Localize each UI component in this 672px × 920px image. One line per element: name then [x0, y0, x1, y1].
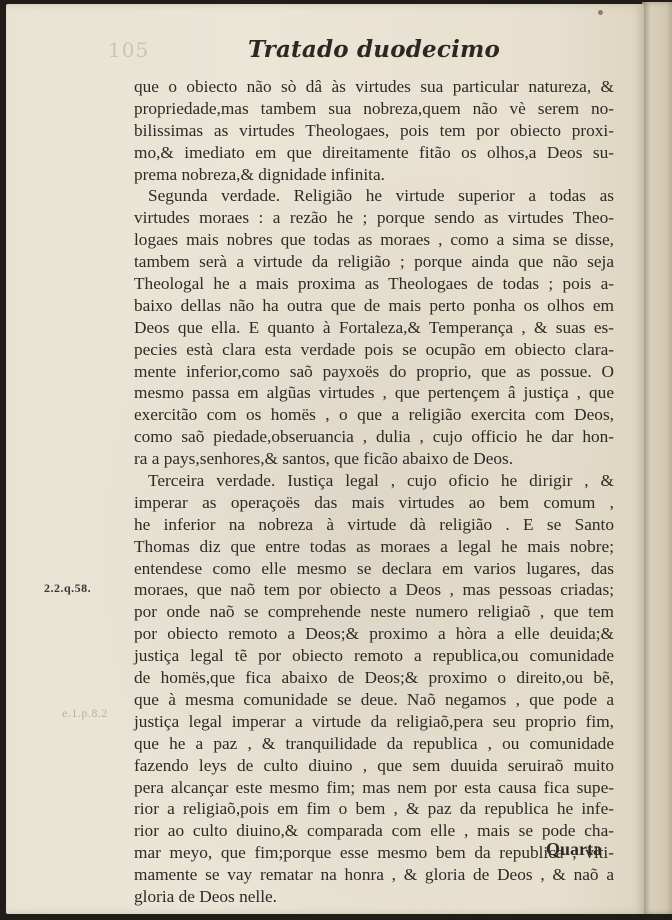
- marginal-note-bleed-through: e.1.p.8.2: [62, 706, 108, 721]
- text-line: bilissimas as virtudes Theologaes, pois …: [134, 120, 614, 142]
- text-line: ra a pays,senhores,& santos, que ficão a…: [134, 448, 614, 470]
- text-line: baixo dellas não ha outra que de mais pe…: [134, 295, 614, 317]
- text-line: mo,& imediato em que direitamente fitão …: [134, 142, 614, 164]
- text-line: logaes mais nobres que todas as moraes ,…: [134, 229, 614, 251]
- text-line: mar meyo, que fim;porque esse mesmo bem …: [134, 842, 614, 864]
- text-line: virtudes moraes : a rezão he ; porque se…: [134, 207, 614, 229]
- text-line: prema nobreza,& dignidade infinita.: [134, 164, 614, 186]
- text-line: rior a religiaõ,pois em fim o bem , & pa…: [134, 798, 614, 820]
- text-line: imperar as operaçoës das mais virtudes a…: [134, 492, 614, 514]
- text-line: mamente se vay rematar na honra , & glor…: [134, 864, 614, 886]
- text-line: tambem serà a virtude da religião ; porq…: [134, 251, 614, 273]
- bleed-through-page-number: 105: [108, 38, 149, 62]
- text-line: que à mesma comunidade se deue. Naõ nega…: [134, 689, 614, 711]
- text-line: que o obiecto não sò dâ às virtudes sua …: [134, 76, 614, 98]
- text-line: Deos que ella. E quanto à Fortaleza,& Te…: [134, 317, 614, 339]
- text-line: por obiecto remoto a Deos;& proximo a hò…: [134, 623, 614, 645]
- text-line: rior ao culto diuino,& comparada com ell…: [134, 820, 614, 842]
- text-line: exercitão com os homës , o que a religiã…: [134, 404, 614, 426]
- text-line: mente inferior,como saõ payxoës do propr…: [134, 361, 614, 383]
- running-head: Tratado duodecimo: [248, 36, 500, 63]
- body-text: que o obiecto não sò dâ às virtudes sua …: [134, 76, 614, 908]
- text-line: pecies està clara esta verdade pois se o…: [134, 339, 614, 361]
- text-line: Thomas diz que entre todas as moraes a l…: [134, 536, 614, 558]
- text-line: de homës,que fica abaixo de Deos;& proxi…: [134, 667, 614, 689]
- text-line: fazendo leys de culto diuino , que sem d…: [134, 755, 614, 777]
- text-line: he inferior na nobreza à virtude dà reli…: [134, 514, 614, 536]
- text-line: Theologal he a mais proxima as Theologae…: [134, 273, 614, 295]
- paragraph-start-line: Segunda verdade. Religião he virtude sup…: [134, 185, 614, 207]
- paragraph-start-line: Terceira verdade. Iustiça legal , cujo o…: [134, 470, 614, 492]
- text-line: moraes, que naõ tem por obiecto a Deos ,…: [134, 579, 614, 601]
- text-line: justiça legal imperar a virtude da relig…: [134, 711, 614, 733]
- catchword: Quarta: [546, 839, 602, 860]
- text-line: justiça legal tẽ por obiecto remoto a re…: [134, 645, 614, 667]
- marginal-note-citation: 2.2.q.58.: [44, 581, 91, 596]
- text-line: por onde naõ se comprehende neste numero…: [134, 601, 614, 623]
- text-line: mesmo passa em algũas virtudes , que per…: [134, 382, 614, 404]
- ink-speck-mark: [598, 10, 603, 15]
- text-line: propriedade,mas tambem sua nobreza,quem …: [134, 98, 614, 120]
- text-line: gloria de Deos nelle.: [134, 886, 614, 908]
- text-line: como saõ piedade,obseruancia , dulia , c…: [134, 426, 614, 448]
- adjacent-page-edge: [642, 2, 672, 914]
- text-line: entendese como elle mesmo se declara em …: [134, 558, 614, 580]
- text-line: pera alcançar este mesmo fim; mas nem po…: [134, 777, 614, 799]
- text-line: que he a paz , & tranquilidade da republ…: [134, 733, 614, 755]
